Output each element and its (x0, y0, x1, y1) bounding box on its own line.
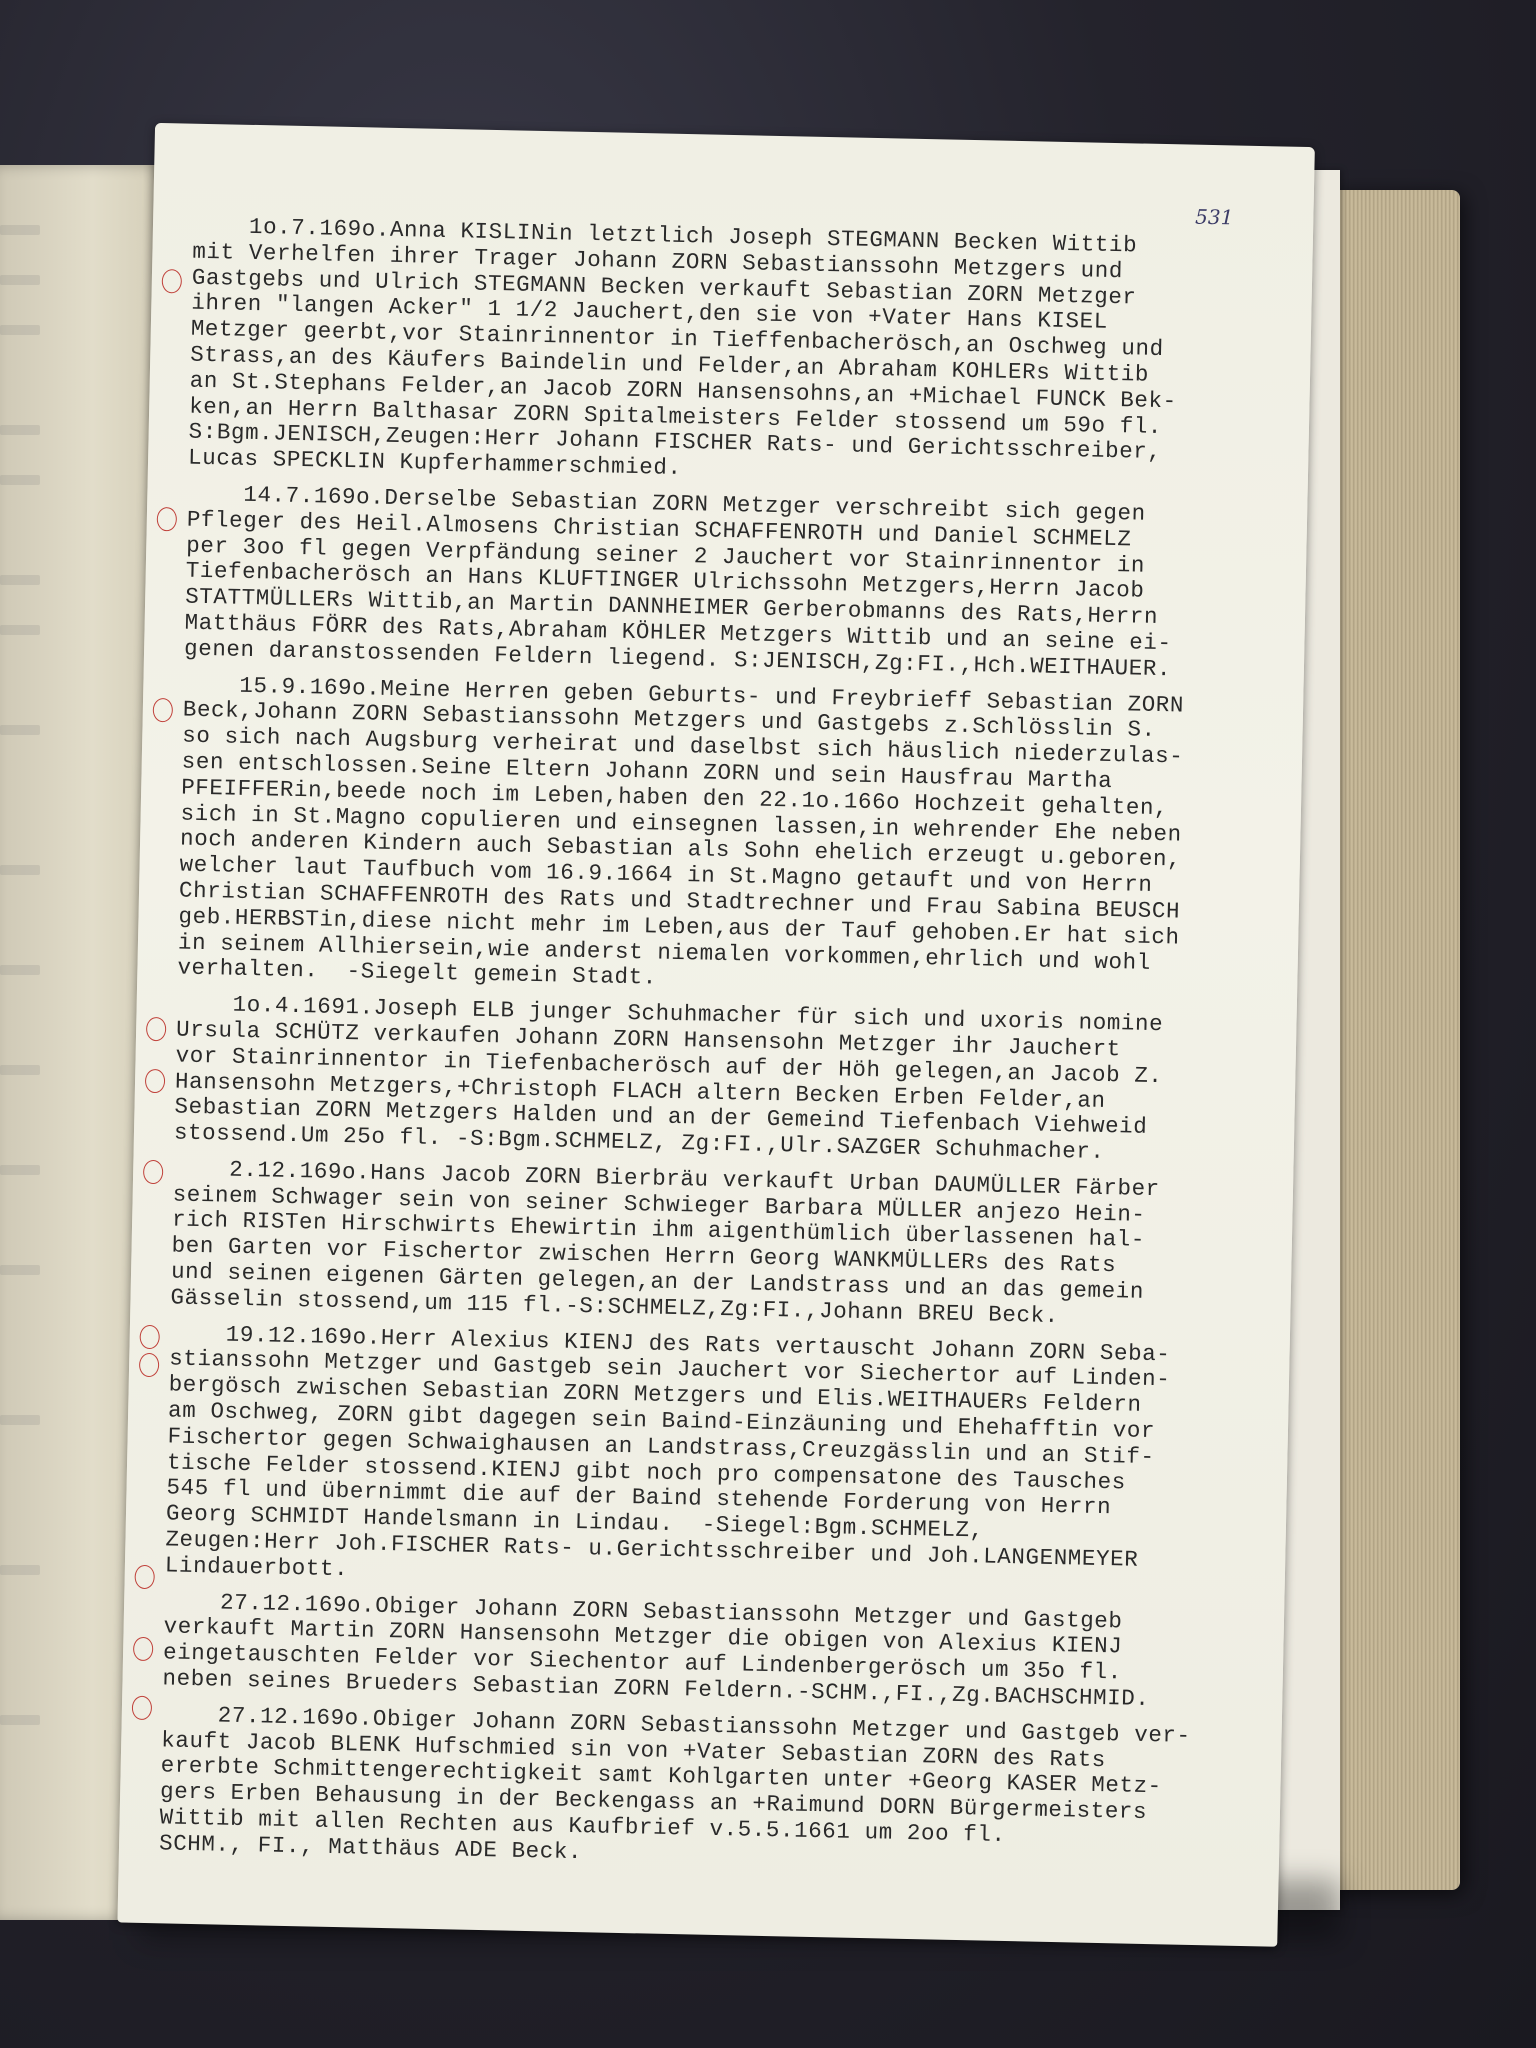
entry-1690-09-15: 15.9.169o.Meine Herren geben Geburts- un… (177, 672, 1283, 1005)
margin-annotation-mark (145, 1069, 165, 1093)
document-body: 1o.7.169o.Anna KISLINin letztlich Joseph… (159, 214, 1293, 1890)
entry-1690-07-14: 14.7.169o.Derselbe Sebastian ZORN Metzge… (184, 482, 1288, 686)
typewritten-sheet: 531 1o.7.169o.Anna KISLINin letztlich Jo… (117, 123, 1314, 1947)
margin-annotation-mark (153, 697, 173, 721)
entry-1690-12-27-a: 27.12.169o.Obiger Johann ZORN Sebastians… (162, 1589, 1264, 1715)
entry-1690-12-27-b: 27.12.169o.Obiger Johann ZORN Sebastians… (159, 1702, 1262, 1880)
margin-annotation-mark (157, 507, 177, 531)
margin-annotation-mark (143, 1160, 163, 1184)
entry-1691-04-10: 1o.4.1691.Joseph ELB junger Schuhmacher … (174, 992, 1277, 1170)
entry-1690-12-19: 19.12.169o.Herr Alexius KIENJ des Rats v… (165, 1321, 1270, 1602)
margin-annotation-mark (162, 269, 182, 293)
margin-annotation-mark (132, 1696, 152, 1720)
margin-annotation-mark (134, 1564, 154, 1588)
margin-annotation-mark (139, 1324, 159, 1348)
entry-1690-07-10: 1o.7.169o.Anna KISLINin letztlich Joseph… (188, 214, 1293, 495)
margin-annotation-mark (146, 1017, 166, 1041)
margin-annotation-mark (139, 1352, 159, 1376)
margin-annotation-mark (133, 1636, 153, 1660)
entry-1690-12-02: 2.12.169o.Hans Jacob ZORN Bierbräu verka… (170, 1156, 1273, 1334)
book-page-edges (1330, 190, 1460, 1890)
page-number: 531 (1195, 205, 1234, 230)
